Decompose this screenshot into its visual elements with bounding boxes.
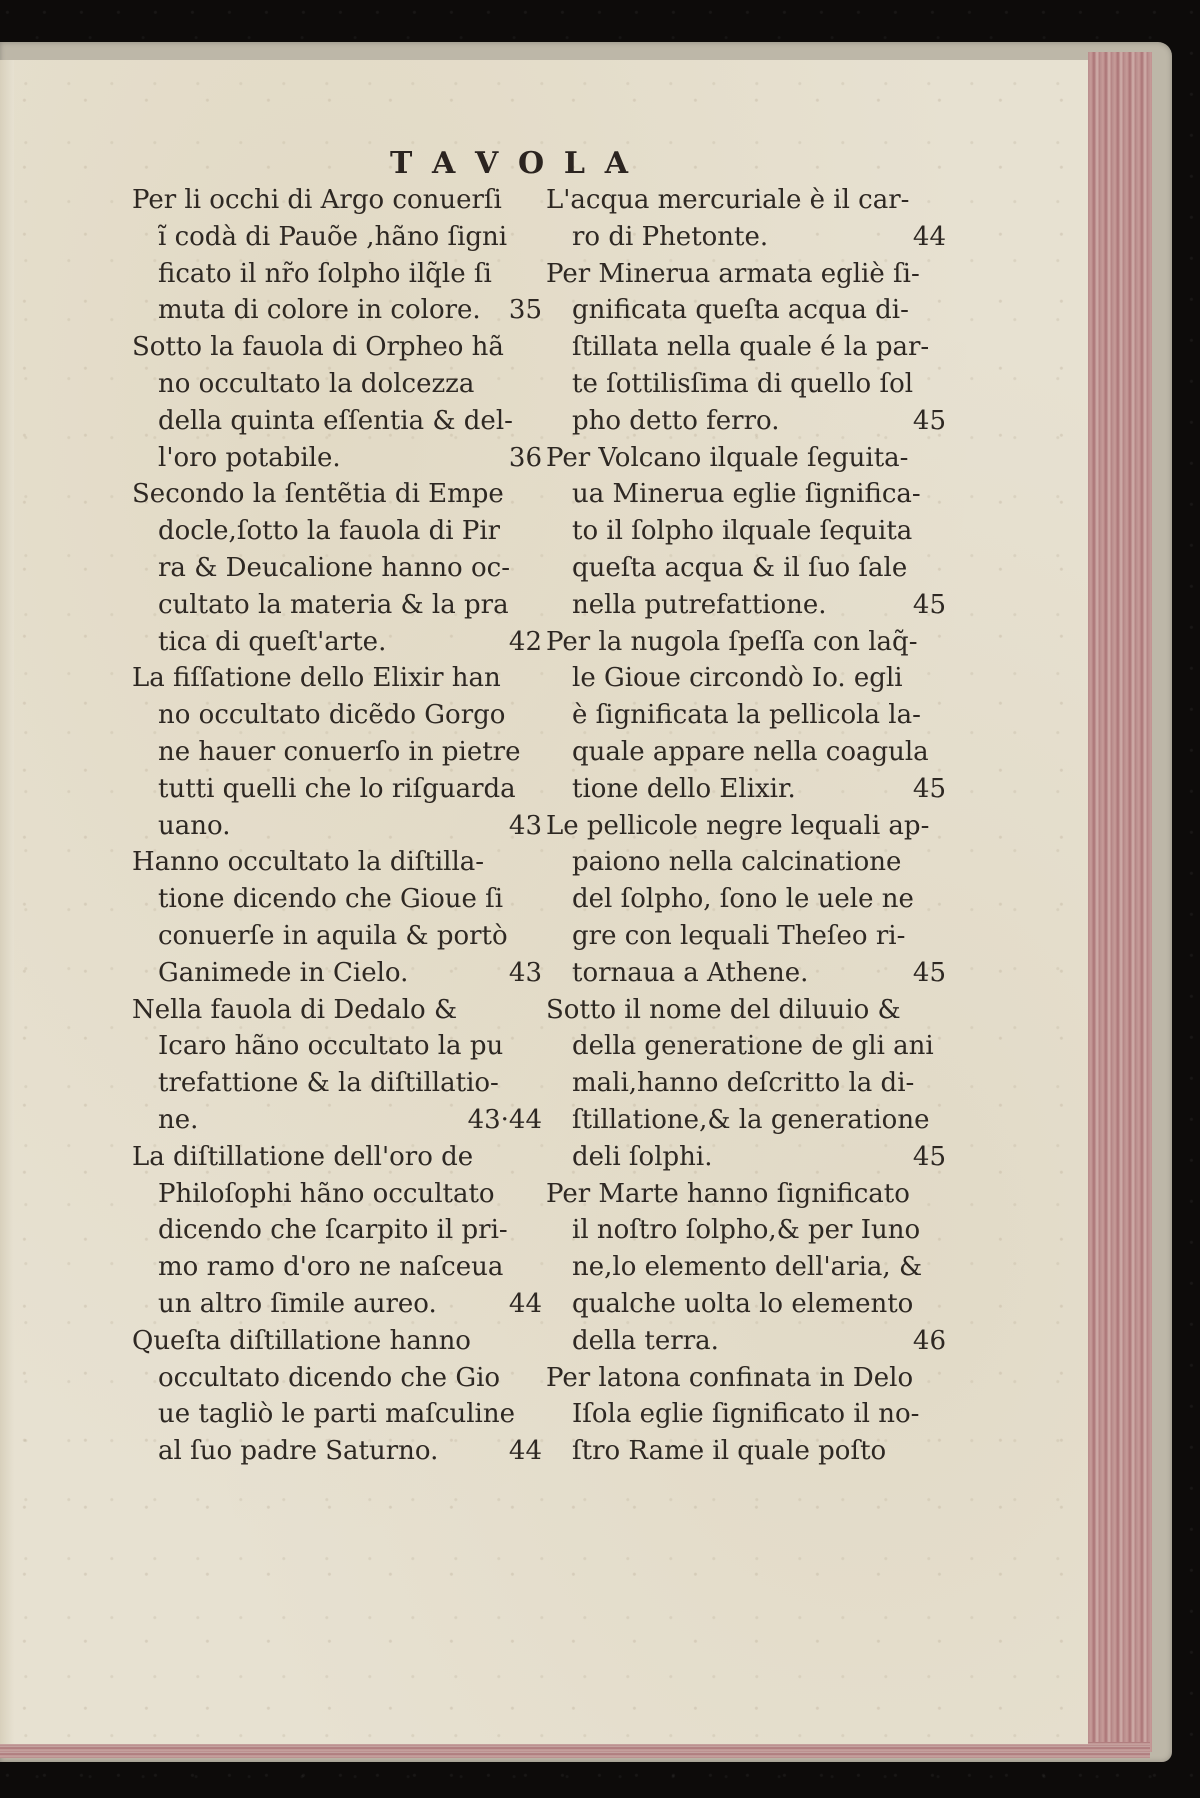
- index-entry-line: tornaua a Athene.45: [546, 955, 946, 992]
- entry-text: cultato la materia & la pra: [158, 587, 509, 624]
- book-page: T A V O L A Per li occhi di Argo conuerſ…: [0, 60, 1088, 1744]
- entry-text: no occultato la dolcezza: [158, 366, 474, 403]
- index-entry-line: qualche uolta lo elemento: [546, 1286, 946, 1323]
- entry-text: ua Minerua eglie ſignifica-: [572, 476, 921, 513]
- entry-text: della quinta eſſentia & del-: [158, 403, 513, 440]
- entry-text: uano.: [158, 808, 230, 845]
- entry-text: Secondo la ſentẽtia di Empe: [132, 476, 504, 513]
- entry-text: deli ſolphi.: [572, 1139, 713, 1176]
- entry-text: ue tagliò le parti maſculine: [158, 1396, 515, 1433]
- index-entry: Per li occhi di Argo conuerſiĩ codà di P…: [132, 182, 542, 329]
- entry-text: qualche uolta lo elemento: [572, 1286, 913, 1323]
- entry-text: della terra.: [572, 1323, 719, 1360]
- index-entry-line: trefattione & la diſtillatio-: [132, 1065, 542, 1102]
- index-entry-line: Per li occhi di Argo conuerſi: [132, 182, 542, 219]
- entry-text: L'acqua mercuriale è il car-: [546, 182, 909, 219]
- red-bottom-edge: [0, 1742, 1150, 1758]
- entry-text: trefattione & la diſtillatio-: [158, 1065, 499, 1102]
- index-entry-line: Le pellicole negre lequali ap-: [546, 808, 946, 845]
- entry-text: docle,ſotto la fauola di Pir: [158, 513, 500, 550]
- index-entry-line: tione dicendo che Gioue ſi: [132, 881, 542, 918]
- entry-text: l'oro potabile.: [158, 440, 341, 477]
- entry-text: mo ramo d'oro ne naſceua: [158, 1249, 503, 1286]
- entry-text: tione dello Elixir.: [572, 771, 796, 808]
- index-entry-line: paiono nella calcinatione: [546, 844, 946, 881]
- index-entry-line: te ſottilisſima di quello ſol: [546, 366, 946, 403]
- running-head-letter: L: [564, 146, 587, 181]
- entry-text: ra & Deucalione hanno oc-: [158, 550, 510, 587]
- index-entry-line: della terra.46: [546, 1323, 946, 1360]
- entry-text: ſtillatione,& la generatione: [572, 1102, 929, 1139]
- index-entry: Le pellicole negre lequali ap-paiono nel…: [546, 808, 946, 992]
- page-reference: 43: [499, 808, 542, 845]
- index-column-right: L'acqua mercuriale è il car-ro di Pheton…: [546, 182, 946, 1470]
- entry-text: il noſtro ſolpho,& per Iuno: [572, 1212, 920, 1249]
- index-entry-line: muta di colore in colore.35: [132, 292, 542, 329]
- entry-text: ĩ codà di Pauõe ,hãno ſigni: [158, 219, 507, 256]
- index-entry: Secondo la ſentẽtia di Empedocle,ſotto l…: [132, 476, 542, 660]
- entry-text: Per la nugola ſpeſſa con laq̃-: [546, 624, 918, 661]
- running-head-letter: T: [390, 146, 414, 181]
- entry-text: della generatione de gli ani: [572, 1028, 934, 1065]
- index-entry-line: Iſola eglie ſignificato il no-: [546, 1396, 946, 1433]
- page-reference: 43: [499, 955, 542, 992]
- entry-text: conuerſe in aquila & portò: [158, 918, 508, 955]
- index-entry-line: ne,lo elemento dell'aria, &: [546, 1249, 946, 1286]
- entry-text: paiono nella calcinatione: [572, 844, 901, 881]
- running-head-letter: O: [518, 146, 546, 181]
- page-reference: 45: [903, 1139, 946, 1176]
- index-entry: Sotto la fauola di Orpheo hãno occultato…: [132, 329, 542, 476]
- page-reference: 45: [903, 587, 946, 624]
- entry-text: Per li occhi di Argo conuerſi: [132, 182, 502, 219]
- entry-text: ro di Phetonte.: [572, 219, 768, 256]
- index-entry-line: ne.43·44: [132, 1102, 542, 1139]
- index-entry-line: Sotto il nome del diluuio &: [546, 992, 946, 1029]
- page-reference: 45: [903, 403, 946, 440]
- page-reference: 44: [499, 1433, 542, 1470]
- index-entry: La fiſſatione dello Elixir hanno occulta…: [132, 660, 542, 844]
- index-entry-line: del ſolpho, ſono le uele ne: [546, 881, 946, 918]
- entry-text: no occultato dicẽdo Gorgo: [158, 697, 505, 734]
- index-entry-line: Sotto la fauola di Orpheo hã: [132, 329, 542, 366]
- index-entry-line: Icaro hãno occultato la pu: [132, 1028, 542, 1065]
- entry-text: La diſtillatione dell'oro de: [132, 1139, 473, 1176]
- entry-text: gnificata queſta acqua di-: [572, 292, 909, 329]
- entry-text: tutti quelli che lo riſguarda: [158, 771, 516, 808]
- entry-text: occultato dicendo che Gio: [158, 1360, 500, 1397]
- index-entry-line: ſtillatione,& la generatione: [546, 1102, 946, 1139]
- entry-text: nella putrefattione.: [572, 587, 827, 624]
- index-entry: Queſta diſtillatione hannooccultato dice…: [132, 1323, 542, 1470]
- index-entry-line: un altro ſimile aureo.44: [132, 1286, 542, 1323]
- index-entry-line: il noſtro ſolpho,& per Iuno: [546, 1212, 946, 1249]
- page-reference: [936, 1433, 946, 1470]
- entry-text: Sotto il nome del diluuio &: [546, 992, 901, 1029]
- entry-text: quale appare nella coagula: [572, 734, 929, 771]
- entry-text: dicendo che ſcarpito il pri-: [158, 1212, 508, 1249]
- index-entry-line: gnificata queſta acqua di-: [546, 292, 946, 329]
- index-entry: Per Volcano ilquale ſeguita-ua Minerua e…: [546, 440, 946, 624]
- entry-text: un altro ſimile aureo.: [158, 1286, 437, 1323]
- entry-text: to il ſolpho ilquale ſequita: [572, 513, 912, 550]
- page-reference: 43·44: [458, 1102, 542, 1139]
- page-reference: 45: [903, 771, 946, 808]
- index-entry-line: La diſtillatione dell'oro de: [132, 1139, 542, 1176]
- page-reference: 42: [499, 624, 542, 661]
- index-entry-line: queſta acqua & il ſuo ſale: [546, 550, 946, 587]
- index-entry-line: ue tagliò le parti maſculine: [132, 1396, 542, 1433]
- index-entry-line: Per Volcano ilquale ſeguita-: [546, 440, 946, 477]
- index-entry-line: uano.43: [132, 808, 542, 845]
- index-entry: Per Marte hanno ſignificatoil noſtro ſol…: [546, 1176, 946, 1360]
- index-entry-line: Nella fauola di Dedalo &: [132, 992, 542, 1029]
- entry-text: Nella fauola di Dedalo &: [132, 992, 457, 1029]
- index-entry-line: quale appare nella coagula: [546, 734, 946, 771]
- entry-text: muta di colore in colore.: [158, 292, 481, 329]
- index-entry: Per Minerua armata egliè ſi-gnificata qu…: [546, 256, 946, 440]
- running-head-letter: A: [605, 146, 630, 181]
- entry-text: tione dicendo che Gioue ſi: [158, 881, 503, 918]
- page-reference: 45: [903, 955, 946, 992]
- index-entry-line: Per Marte hanno ſignificato: [546, 1176, 946, 1213]
- entry-text: Philoſophi hãno occultato: [158, 1176, 495, 1213]
- entry-text: ficato il nr̃o ſolpho ilq̃le ſi: [158, 256, 492, 293]
- page-reference: 35: [499, 292, 542, 329]
- entry-text: Le pellicole negre lequali ap-: [546, 808, 929, 845]
- index-entry-line: mali,hanno deſcritto la di-: [546, 1065, 946, 1102]
- index-entry-line: ra & Deucalione hanno oc-: [132, 550, 542, 587]
- entry-text: ſtro Rame il quale poſto: [572, 1433, 886, 1470]
- index-entry-line: no occultato la dolcezza: [132, 366, 542, 403]
- index-entry-line: conuerſe in aquila & portò: [132, 918, 542, 955]
- gutter-shadow: [0, 60, 14, 1744]
- index-entry-line: ficato il nr̃o ſolpho ilq̃le ſi: [132, 256, 542, 293]
- page-reference: 36: [499, 440, 542, 477]
- index-entry-line: ĩ codà di Pauõe ,hãno ſigni: [132, 219, 542, 256]
- index-entry-line: Philoſophi hãno occultato: [132, 1176, 542, 1213]
- index-entry-line: Hanno occultato la diſtilla-: [132, 844, 542, 881]
- index-entry: Hanno occultato la diſtilla-tione dicend…: [132, 844, 542, 991]
- index-entry: L'acqua mercuriale è il car-ro di Pheton…: [546, 182, 946, 256]
- index-entry-line: dicendo che ſcarpito il pri-: [132, 1212, 542, 1249]
- index-entry-line: Per latona confinata in Delo: [546, 1360, 946, 1397]
- entry-text: tornaua a Athene.: [572, 955, 808, 992]
- index-entry-line: docle,ſotto la fauola di Pir: [132, 513, 542, 550]
- index-entry-line: ua Minerua eglie ſignifica-: [546, 476, 946, 513]
- entry-text: le Gioue circondò Io. egli: [572, 660, 903, 697]
- index-column-left: Per li occhi di Argo conuerſiĩ codà di P…: [132, 182, 542, 1470]
- page-reference: 46: [903, 1323, 946, 1360]
- red-fore-edge: [1088, 52, 1152, 1752]
- index-entry: Per latona confinata in DeloIſola eglie …: [546, 1360, 946, 1470]
- entry-text: te ſottilisſima di quello ſol: [572, 366, 913, 403]
- index-entry-line: della quinta eſſentia & del-: [132, 403, 542, 440]
- entry-text: al ſuo padre Saturno.: [158, 1433, 438, 1470]
- index-entry-line: Ganimede in Cielo.43: [132, 955, 542, 992]
- entry-text: Sotto la fauola di Orpheo hã: [132, 329, 504, 366]
- index-entry-line: Per Minerua armata egliè ſi-: [546, 256, 946, 293]
- index-entry-line: nella putrefattione.45: [546, 587, 946, 624]
- entry-text: La fiſſatione dello Elixir han: [132, 660, 501, 697]
- index-entry: La diſtillatione dell'oro dePhiloſophi h…: [132, 1139, 542, 1323]
- page-reference: 44: [903, 219, 946, 256]
- index-entry-line: to il ſolpho ilquale ſequita: [546, 513, 946, 550]
- entry-text: ſtillata nella quale é la par-: [572, 329, 929, 366]
- index-entry: Per la nugola ſpeſſa con laq̃-le Gioue c…: [546, 624, 946, 808]
- index-entry-line: tione dello Elixir.45: [546, 771, 946, 808]
- entry-text: mali,hanno deſcritto la di-: [572, 1065, 914, 1102]
- index-entry-line: mo ramo d'oro ne naſceua: [132, 1249, 542, 1286]
- index-entry-line: occultato dicendo che Gio: [132, 1360, 542, 1397]
- index-entry-line: le Gioue circondò Io. egli: [546, 660, 946, 697]
- entry-text: gre con lequali Theſeo ri-: [572, 918, 905, 955]
- index-entry: Nella fauola di Dedalo &Icaro hãno occul…: [132, 992, 542, 1139]
- index-entry-line: no occultato dicẽdo Gorgo: [132, 697, 542, 734]
- index-entry-line: Secondo la ſentẽtia di Empe: [132, 476, 542, 513]
- entry-text: Per Volcano ilquale ſeguita-: [546, 440, 908, 477]
- index-entry-line: della generatione de gli ani: [546, 1028, 946, 1065]
- entry-text: queſta acqua & il ſuo ſale: [572, 550, 907, 587]
- entry-text: tica di queſt'arte.: [158, 624, 386, 661]
- entry-text: Iſola eglie ſignificato il no-: [572, 1396, 919, 1433]
- index-entry-line: tutti quelli che lo riſguarda: [132, 771, 542, 808]
- index-entry-line: cultato la materia & la pra: [132, 587, 542, 624]
- entry-text: Per Minerua armata egliè ſi-: [546, 256, 920, 293]
- entry-text: Queſta diſtillatione hanno: [132, 1323, 471, 1360]
- index-entry-line: ſtro Rame il quale poſto: [546, 1433, 946, 1470]
- entry-text: Hanno occultato la diſtilla-: [132, 844, 484, 881]
- index-entry-line: gre con lequali Theſeo ri-: [546, 918, 946, 955]
- entry-text: Ganimede in Cielo.: [158, 955, 408, 992]
- index-entry-line: L'acqua mercuriale è il car-: [546, 182, 946, 219]
- page-reference: 44: [499, 1286, 542, 1323]
- entry-text: ne.: [158, 1102, 198, 1139]
- index-entry-line: tica di queſt'arte.42: [132, 624, 542, 661]
- index-entry-line: pho detto ferro.45: [546, 403, 946, 440]
- entry-text: Icaro hãno occultato la pu: [158, 1028, 503, 1065]
- running-head-letter: A: [432, 146, 457, 181]
- index-entry-line: Queſta diſtillatione hanno: [132, 1323, 542, 1360]
- index-entry-line: l'oro potabile.36: [132, 440, 542, 477]
- entry-text: del ſolpho, ſono le uele ne: [572, 881, 914, 918]
- index-entry-line: al ſuo padre Saturno.44: [132, 1433, 542, 1470]
- index-entry: Sotto il nome del diluuio &della generat…: [546, 992, 946, 1176]
- entry-text: pho detto ferro.: [572, 403, 779, 440]
- entry-text: ne,lo elemento dell'aria, &: [572, 1249, 922, 1286]
- entry-text: Per Marte hanno ſignificato: [546, 1176, 910, 1213]
- index-entry-line: ro di Phetonte.44: [546, 219, 946, 256]
- index-entry-line: ne hauer conuerſo in pietre: [132, 734, 542, 771]
- index-entry-line: deli ſolphi.45: [546, 1139, 946, 1176]
- index-entry-line: è ſignificata la pellicola la-: [546, 697, 946, 734]
- running-head-tavola: T A V O L A: [390, 146, 630, 181]
- running-head-letter: V: [475, 146, 500, 181]
- entry-text: ne hauer conuerſo in pietre: [158, 734, 520, 771]
- index-entry-line: Per la nugola ſpeſſa con laq̃-: [546, 624, 946, 661]
- entry-text: Per latona confinata in Delo: [546, 1360, 913, 1397]
- index-entry-line: La fiſſatione dello Elixir han: [132, 660, 542, 697]
- index-entry-line: ſtillata nella quale é la par-: [546, 329, 946, 366]
- entry-text: è ſignificata la pellicola la-: [572, 697, 921, 734]
